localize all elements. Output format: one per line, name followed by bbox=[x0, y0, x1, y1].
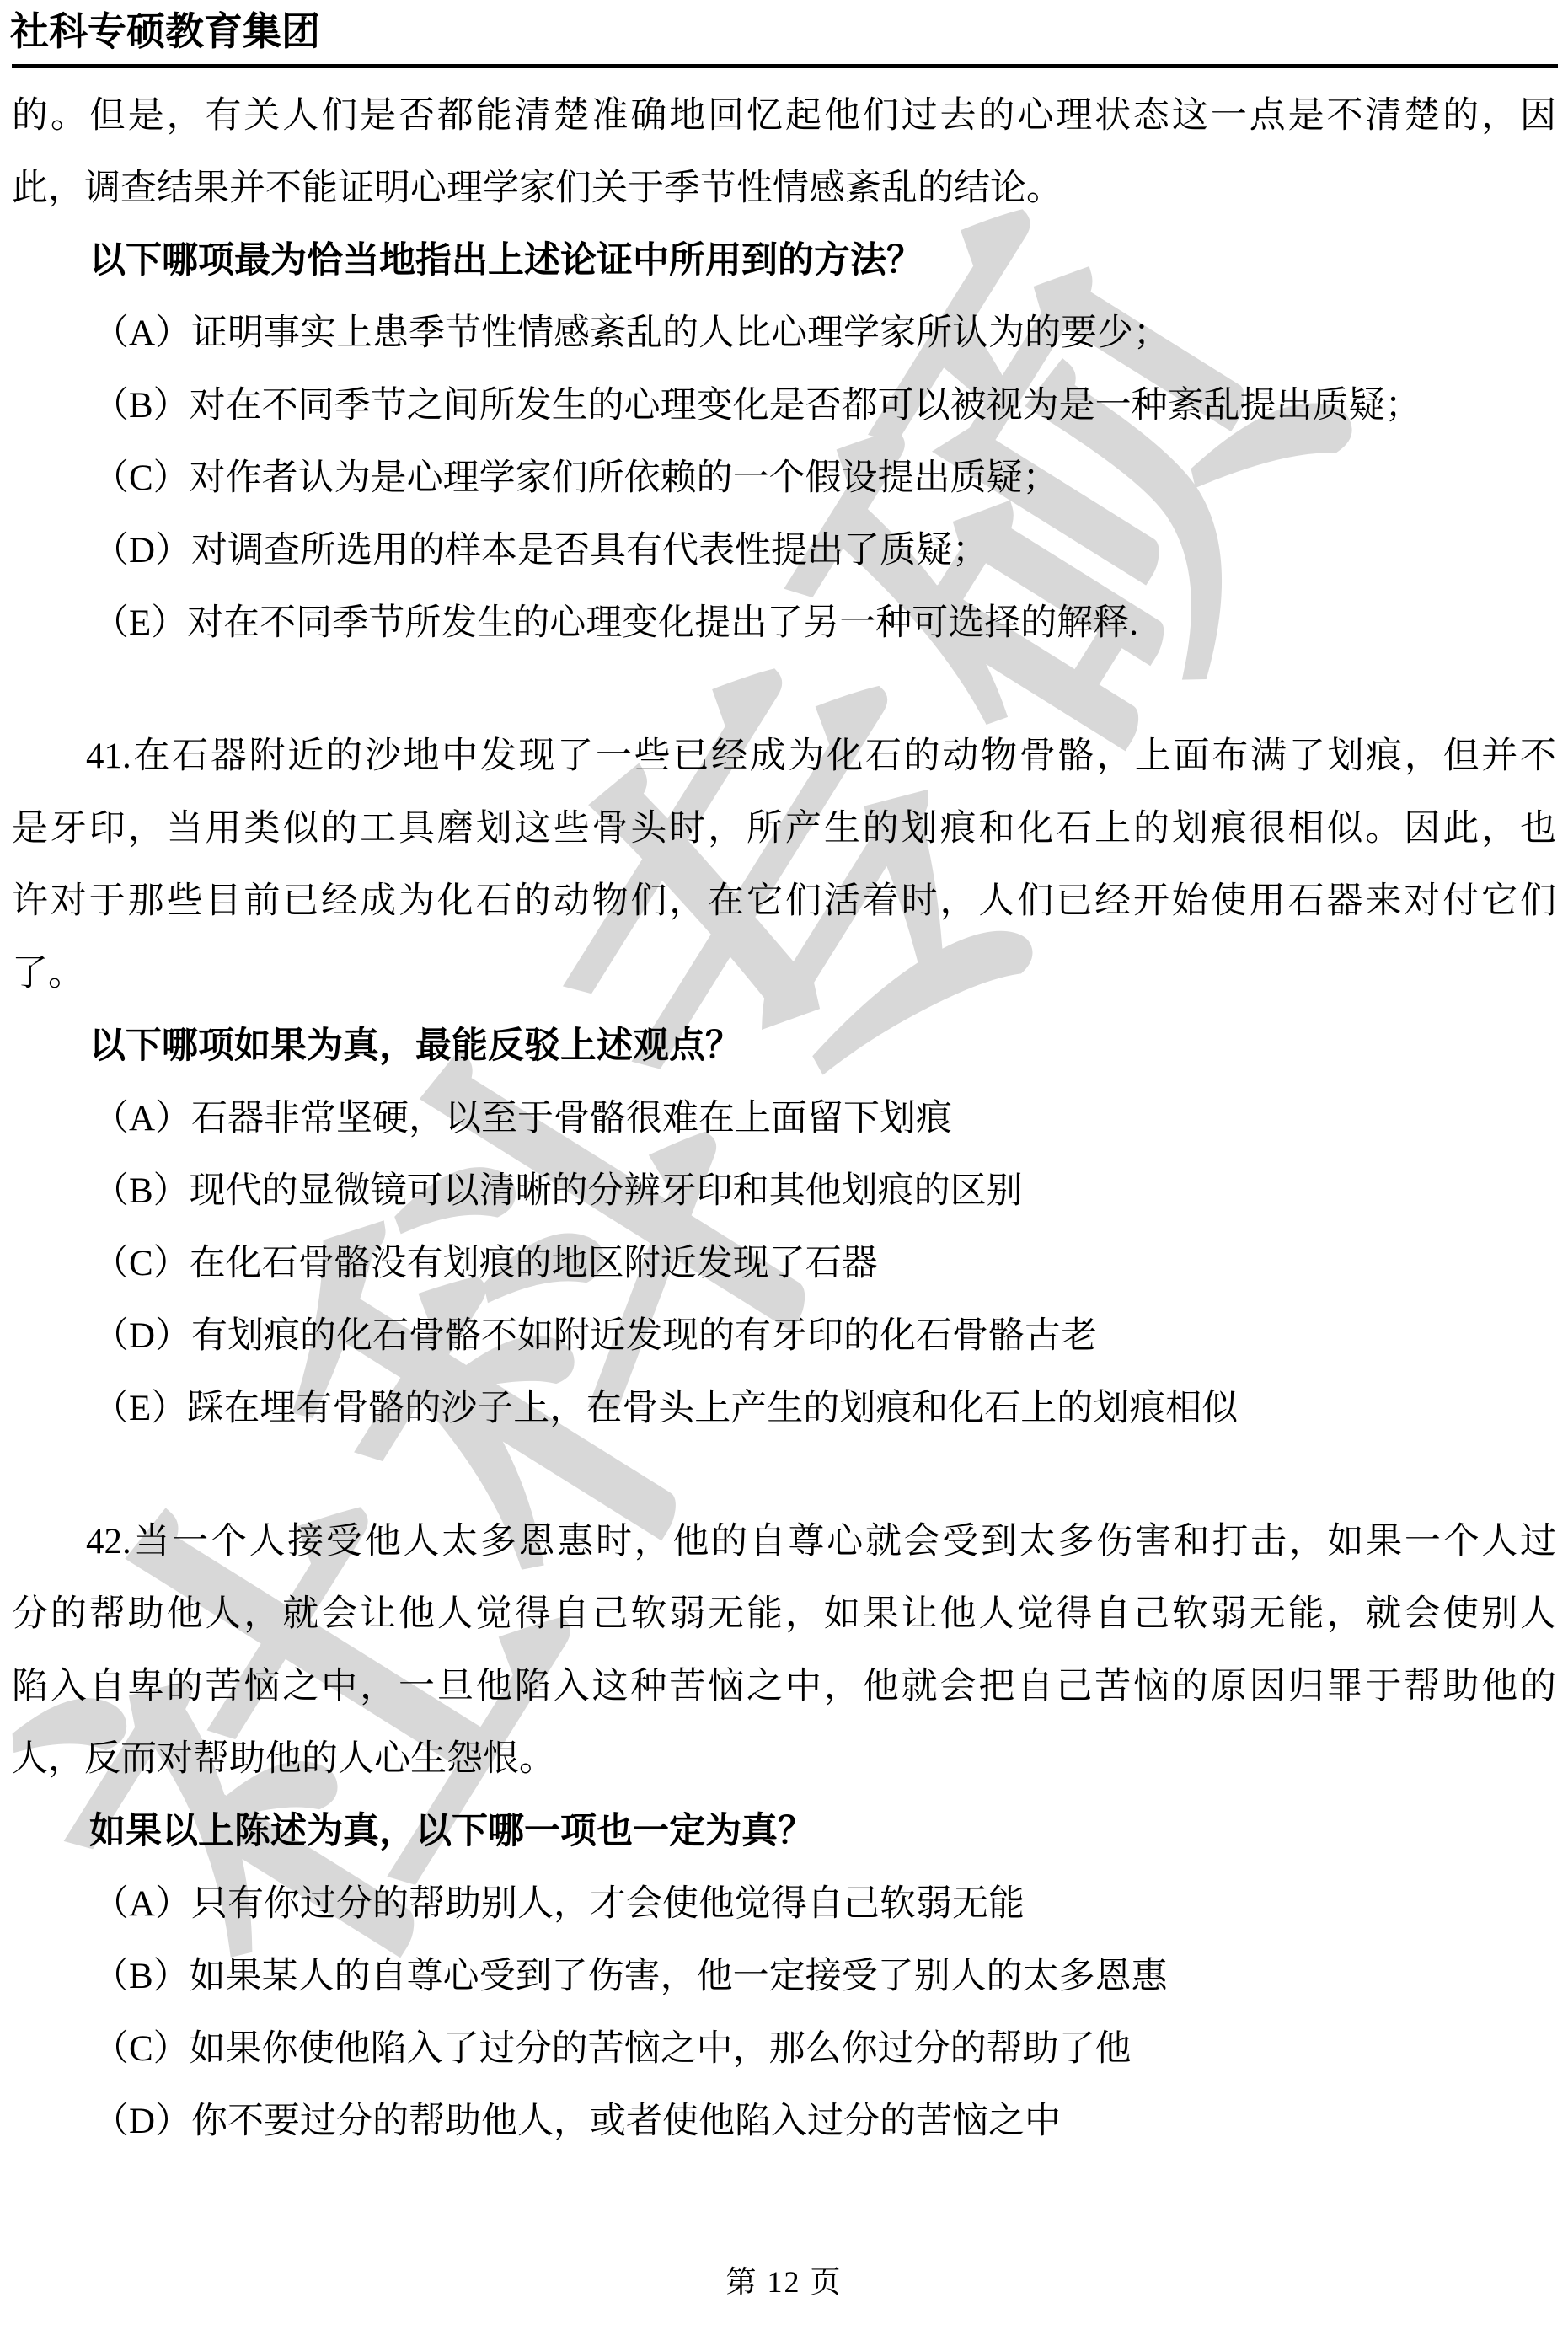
question-stem-40: 以下哪项最为恰当地指出上述论证中所用到的方法？ bbox=[12, 225, 1556, 297]
option-42-a: （A）只有你过分的帮助别人，才会使他觉得自己软弱无能 bbox=[12, 1868, 1556, 1941]
paragraph-line: 41.在石器附近的沙地中发现了一些已经成为化石的动物骨骼，上面布满了划痕，但并不 bbox=[12, 720, 1556, 793]
paragraph-line: 许对于那些目前已经成为化石的动物们，在它们活着时，人们已经开始使用石器来对付它们 bbox=[12, 865, 1556, 938]
question-block-40: 的。但是，有关人们是否都能清楚准确地回忆起他们过去的心理状态这一点是不清楚的，因… bbox=[12, 80, 1556, 660]
question-block-41: 41.在石器附近的沙地中发现了一些已经成为化石的动物骨骼，上面布满了划痕，但并不… bbox=[12, 720, 1556, 1445]
page-header: 社科专硕教育集团 bbox=[0, 0, 1568, 68]
question-stem-41: 以下哪项如果为真，最能反驳上述观点？ bbox=[12, 1010, 1556, 1083]
paragraph-line: 分的帮助他人，就会让他人觉得自己软弱无能，如果让他人觉得自己软弱无能，就会使别人 bbox=[12, 1578, 1556, 1651]
option-40-d: （D）对调查所选用的样本是否具有代表性提出了质疑； bbox=[12, 515, 1556, 587]
option-42-c: （C）如果你使他陷入了过分的苦恼之中，那么你过分的帮助了他 bbox=[12, 2013, 1556, 2086]
option-42-d: （D）你不要过分的帮助他人，或者使他陷入过分的苦恼之中 bbox=[12, 2086, 1556, 2158]
option-40-b: （B）对在不同季节之间所发生的心理变化是否都可以被视为是一种紊乱提出质疑； bbox=[12, 370, 1556, 442]
paragraph-line: 的。但是，有关人们是否都能清楚准确地回忆起他们过去的心理状态这一点是不清楚的，因 bbox=[12, 80, 1556, 153]
page-content: 的。但是，有关人们是否都能清楚准确地回忆起他们过去的心理状态这一点是不清楚的，因… bbox=[0, 68, 1568, 2158]
page-number: 第 12 页 bbox=[0, 2257, 1568, 2307]
option-40-a: （A）证明事实上患季节性情感紊乱的人比心理学家所认为的要少； bbox=[12, 297, 1556, 370]
page-footer: 第 12 页 bbox=[0, 2257, 1568, 2307]
option-41-c: （C）在化石骨骼没有划痕的地区附近发现了石器 bbox=[12, 1228, 1556, 1300]
option-41-b: （B）现代的显微镜可以清晰的分辨牙印和其他划痕的区别 bbox=[12, 1155, 1556, 1228]
paragraph-line: 此，调查结果并不能证明心理学家们关于季节性情感紊乱的结论。 bbox=[12, 153, 1556, 225]
paragraph-line: 人，反而对帮助他的人心生怨恨。 bbox=[12, 1723, 1556, 1796]
option-42-b: （B）如果某人的自尊心受到了伤害，他一定接受了别人的太多恩惠 bbox=[12, 1941, 1556, 2013]
question-stem-42: 如果以上陈述为真，以下哪一项也一定为真？ bbox=[12, 1796, 1556, 1868]
exam-page: 社科专硕 社科专硕教育集团 的。但是，有关人们是否都能清楚准确地回忆起他们过去的… bbox=[0, 0, 1568, 2330]
option-40-c: （C）对作者认为是心理学家们所依赖的一个假设提出质疑； bbox=[12, 442, 1556, 515]
question-block-42: 42.当一个人接受他人太多恩惠时，他的自尊心就会受到太多伤害和打击，如果一个人过… bbox=[12, 1506, 1556, 2158]
paragraph-line: 42.当一个人接受他人太多恩惠时，他的自尊心就会受到太多伤害和打击，如果一个人过 bbox=[12, 1506, 1556, 1578]
option-41-d: （D）有划痕的化石骨骼不如附近发现的有牙印的化石骨骼古老 bbox=[12, 1300, 1556, 1373]
option-40-e: （E）对在不同季节所发生的心理变化提出了另一种可选择的解释. bbox=[12, 587, 1556, 660]
option-41-e: （E）踩在埋有骨骼的沙子上，在骨头上产生的划痕和化石上的划痕相似 bbox=[12, 1373, 1556, 1445]
paragraph-line: 是牙印，当用类似的工具磨划这些骨头时，所产生的划痕和化石上的划痕很相似。因此，也 bbox=[12, 793, 1556, 865]
option-41-a: （A）石器非常坚硬，以至于骨骼很难在上面留下划痕 bbox=[12, 1083, 1556, 1155]
paragraph-line: 陷入自卑的苦恼之中，一旦他陷入这种苦恼之中，他就会把自己苦恼的原因归罪于帮助他的 bbox=[12, 1651, 1556, 1723]
brand-title: 社科专硕教育集团 bbox=[10, 7, 1560, 56]
paragraph-line: 了。 bbox=[12, 938, 1556, 1010]
